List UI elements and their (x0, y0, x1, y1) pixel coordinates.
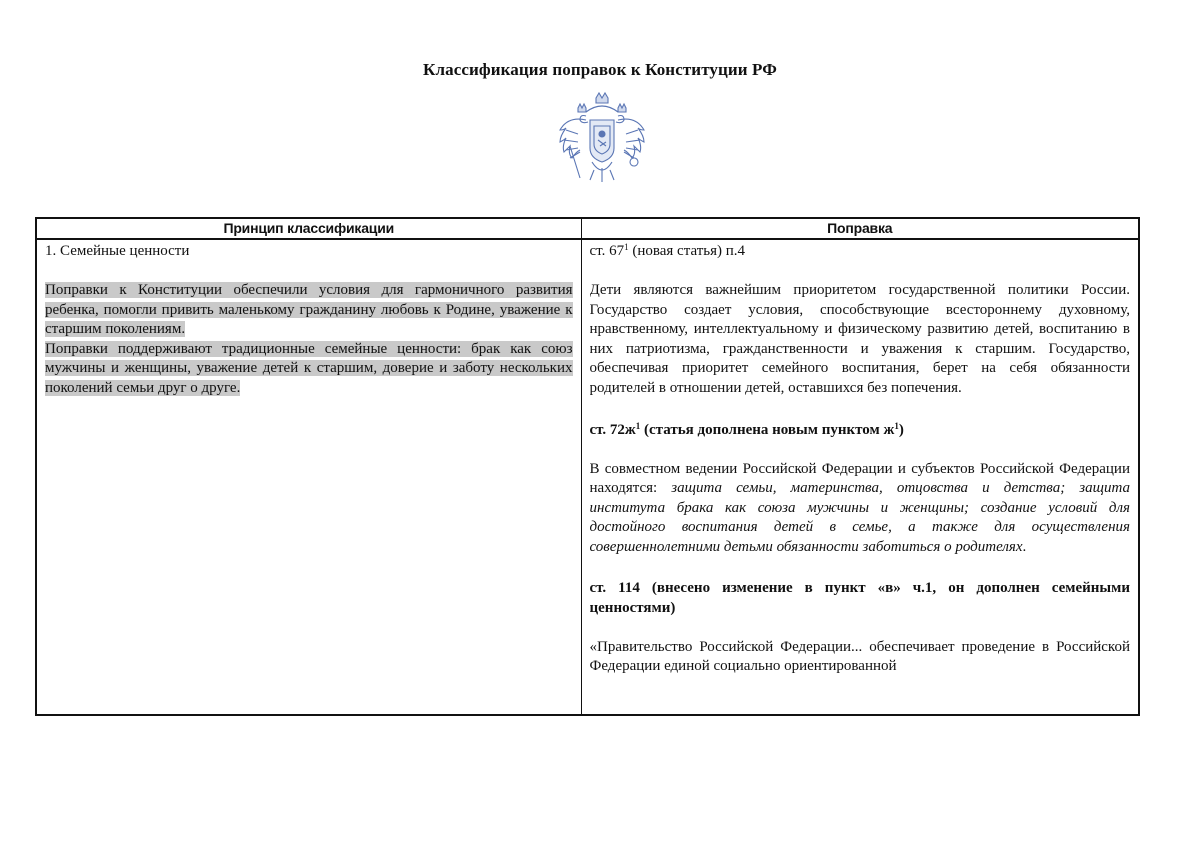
column-header-amendment: Поправка (581, 218, 1139, 239)
table-row: 1. Семейные ценности Поправки к Конститу… (36, 239, 1139, 715)
document-title: Классификация поправок к Конституции РФ (0, 60, 1200, 80)
principle-paragraph-1: Поправки к Конституции обеспечили услови… (45, 281, 573, 340)
amendment-text-67: Дети являются важнейшим приоритетом госу… (590, 281, 1131, 399)
principle-title: 1. Семейные ценности (45, 241, 573, 261)
amendment-article-72: ст. 72ж1 (статья дополнена новым пунктом… (590, 420, 1131, 440)
amendment-text-72: В совместном ведении Российской Федераци… (590, 460, 1131, 558)
principle-paragraph-2: Поправки поддерживают традиционные семей… (45, 340, 573, 399)
amendment-cell: ст. 671 (новая статья) п.4 Дети являются… (581, 239, 1139, 715)
column-header-principle: Принцип классификации (36, 218, 581, 239)
amendment-text-114: «Правительство Российской Федерации... о… (590, 638, 1131, 677)
amendments-table: Принцип классификации Поправка 1. Семейн… (35, 217, 1140, 716)
russian-coat-of-arms-icon (556, 90, 648, 186)
amendment-article-67: ст. 671 (новая статья) п.4 (590, 241, 1131, 261)
amendment-article-114: ст. 114 (внесено изменение в пункт «в» ч… (590, 578, 1131, 618)
principle-cell: 1. Семейные ценности Поправки к Конститу… (36, 239, 581, 715)
table-header-row: Принцип классификации Поправка (36, 218, 1139, 239)
